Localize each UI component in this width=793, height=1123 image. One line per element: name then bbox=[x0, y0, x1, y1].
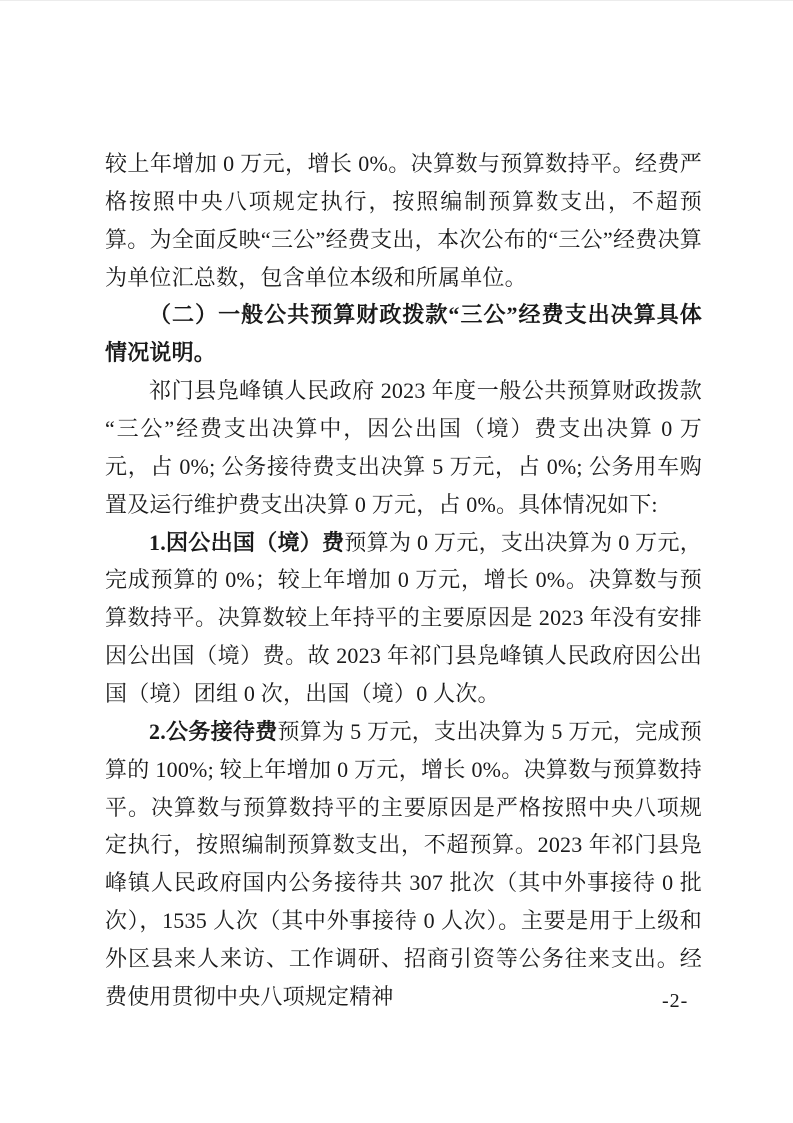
item-1-text: 预算为 0 万元，支出决算为 0 万元，完成预算的 0%；较上年增加 0 万元，… bbox=[105, 530, 702, 706]
page-number: -2- bbox=[662, 989, 688, 1013]
item-2-lead: 2.公务接待费 bbox=[149, 719, 277, 744]
document-body: 较上年增加 0 万元，增长 0%。决算数与预算数持平。经费严格按照中央八项规定执… bbox=[105, 145, 702, 1016]
paragraph-item-1: 1.因公出国（境）费预算为 0 万元，支出决算为 0 万元，完成预算的 0%；较… bbox=[105, 524, 702, 713]
item-2-text: 预算为 5 万元，支出决算为 5 万元，完成预算的 100%; 较上年增加 0 … bbox=[105, 719, 702, 1009]
paragraph-continuation: 较上年增加 0 万元，增长 0%。决算数与预算数持平。经费严格按照中央八项规定执… bbox=[105, 145, 702, 296]
section-heading: （二）一般公共预算财政拨款“三公”经费支出决算具体情况说明。 bbox=[105, 296, 702, 372]
document-page: 较上年增加 0 万元，增长 0%。决算数与预算数持平。经费严格按照中央八项规定执… bbox=[0, 0, 793, 1123]
paragraph-overview: 祁门县凫峰镇人民政府 2023 年度一般公共预算财政拨款“三公”经费支出决算中，… bbox=[105, 372, 702, 523]
paragraph-item-2: 2.公务接待费预算为 5 万元，支出决算为 5 万元，完成预算的 100%; 较… bbox=[105, 713, 702, 1016]
item-1-lead: 1.因公出国（境）费 bbox=[149, 530, 344, 555]
